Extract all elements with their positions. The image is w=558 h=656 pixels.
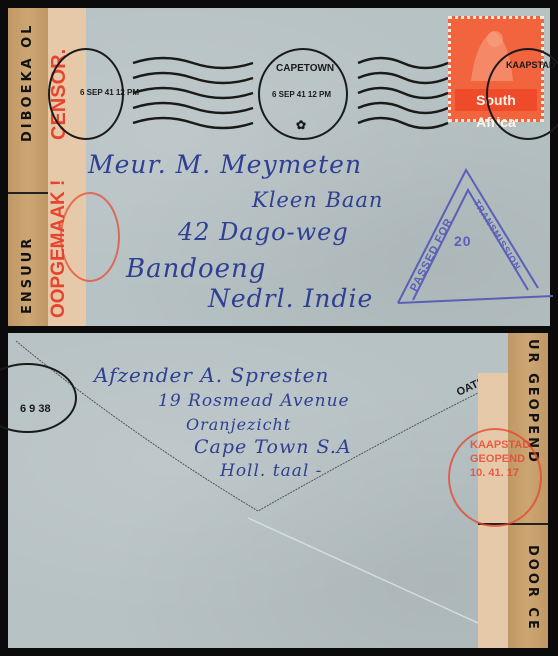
envelope-back: 6 9 38 OATS Afzender A. Spresten 19 Rosm… <box>8 333 548 648</box>
address-line: Kleen Baan <box>252 188 383 212</box>
address-line: 42 Dago-weg <box>178 218 349 246</box>
postmark-town: KAAPSTAD <box>506 60 555 70</box>
tape-divider <box>8 192 48 194</box>
postmark-date: 6 SEP 41 12 PM <box>272 90 331 99</box>
postmark-date: 6 9 38 <box>20 403 51 415</box>
sender-line: Holl. taal - <box>220 461 322 481</box>
sender-line: 19 Rosmead Avenue <box>158 391 350 411</box>
wavy-cancel-lines <box>353 53 453 133</box>
red-censor-circle <box>60 192 120 282</box>
sender-line: Afzender A. Spresten <box>94 363 329 387</box>
tape-text-upper: DIBOEKA OL <box>20 23 35 142</box>
envelope-front: DIBOEKA OL ENSUUR CENSOR. OOPGEMAAK ! 6 … <box>8 8 550 326</box>
triangle-number: 20 <box>454 233 472 249</box>
postmark-town: CAPETOWN <box>276 63 334 74</box>
address-line: Nedrl. Indie <box>208 284 373 313</box>
sender-line: Cape Town S.A <box>194 436 352 458</box>
tape-text-lower: DOOR CE <box>525 545 540 632</box>
tape-text-lower: ENSUUR <box>20 236 35 314</box>
sender-line: Oranjezicht <box>186 415 291 434</box>
address-line: Meur. M. Meymeten <box>88 150 362 179</box>
red-censor-stamp: KAAPSTAD GEOPEND 10. 41. 17 <box>470 438 530 480</box>
address-line: Bandoeng <box>126 254 266 284</box>
wavy-cancel-lines <box>128 53 258 133</box>
postmark-rose-icon: ✿ <box>296 118 306 132</box>
